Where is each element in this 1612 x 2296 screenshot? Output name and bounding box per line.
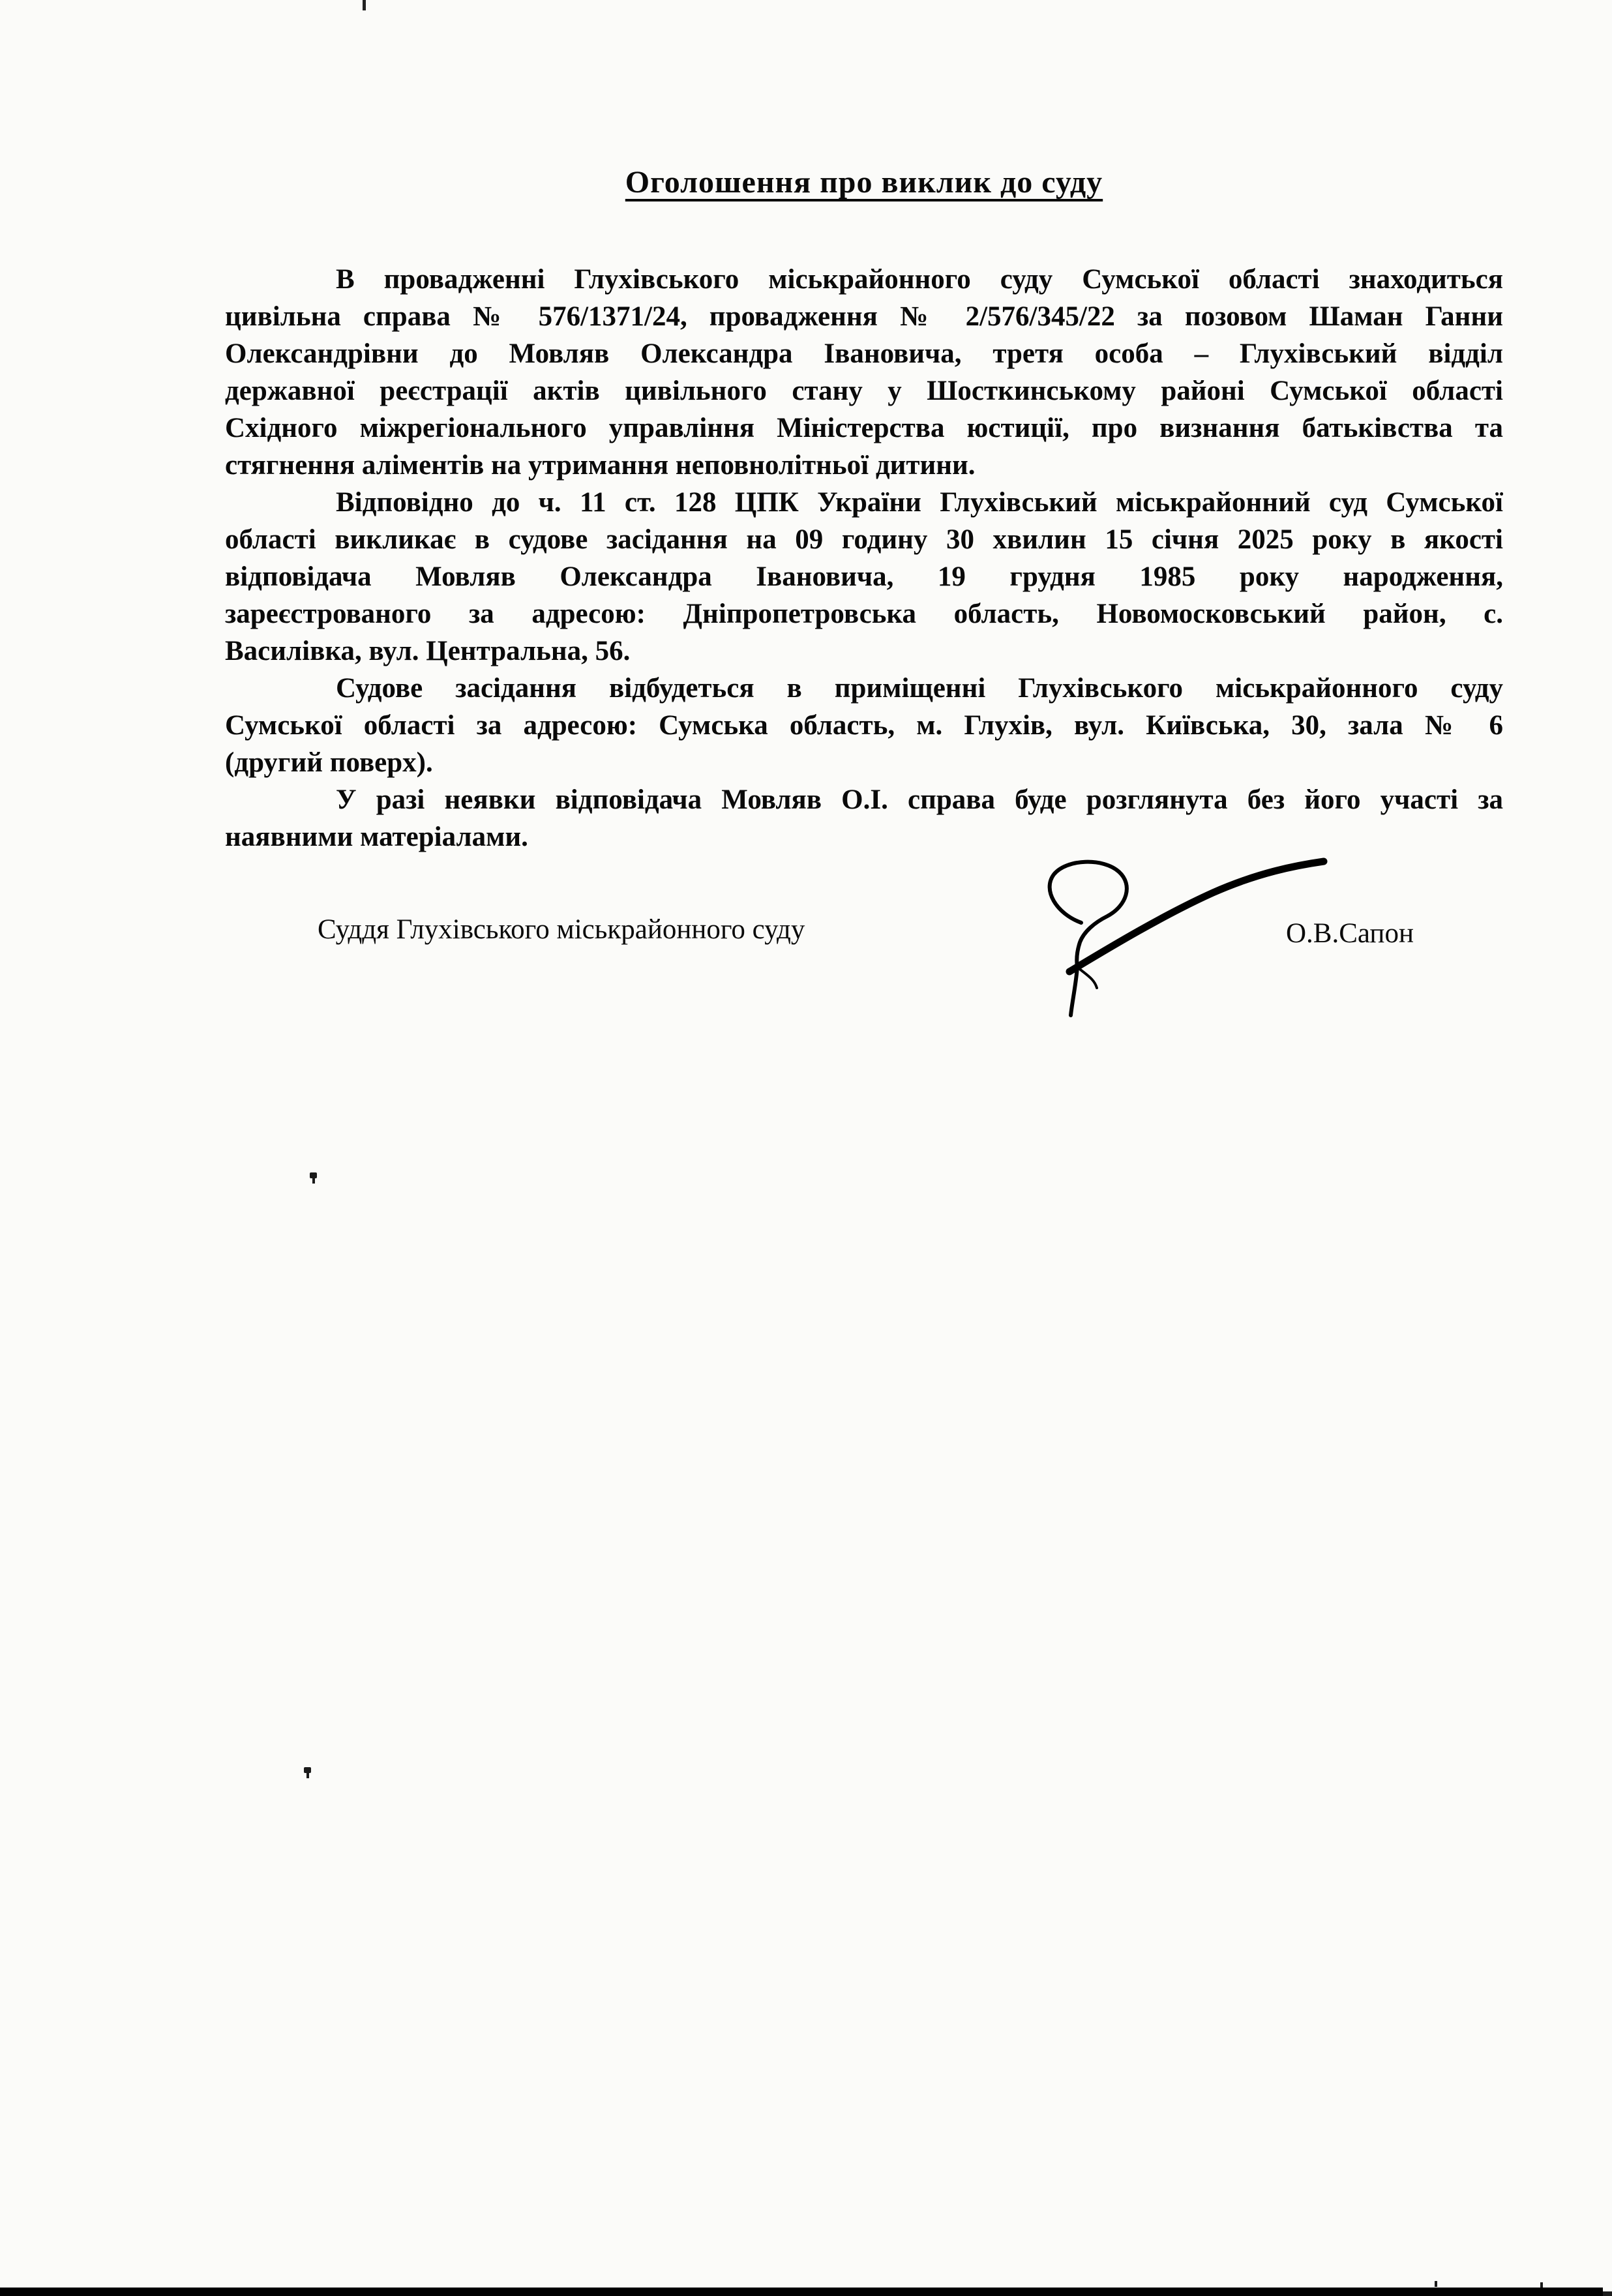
text-line: Олександрівни до Мовляв Олександра Івано… <box>225 335 1503 372</box>
ink-speck <box>1435 2281 1437 2287</box>
paragraph: В провадженні Глухівського міськрайонног… <box>225 261 1503 484</box>
text-line: області викликає в судове засідання на 0… <box>225 521 1503 558</box>
text-line: (другий поверх). <box>225 744 1503 781</box>
text-line: стягнення аліментів на утримання неповно… <box>225 447 1503 484</box>
text-line: цивільна справа № 576/1371/24, проваджен… <box>225 298 1503 335</box>
ink-speck <box>310 1172 317 1178</box>
paragraph: Відповідно до ч. 11 ст. 128 ЦПК України … <box>225 484 1503 670</box>
signature-name: О.В.Сапон <box>1286 917 1414 951</box>
text-line: Судове засідання відбудеться в приміщенн… <box>225 670 1503 707</box>
scanned-court-document-page: Оголошення про виклик до суду В провадже… <box>0 0 1612 2296</box>
scan-artifact-bottom-bar <box>0 2288 1603 2296</box>
paragraph: Судове засідання відбудеться в приміщенн… <box>225 670 1503 781</box>
text-line: зареєстрованого за адресою: Дніпропетров… <box>225 595 1503 633</box>
paragraph: У разі неявки відповідача Мовляв О.І. сп… <box>225 781 1503 856</box>
text-line: Відповідно до ч. 11 ст. 128 ЦПК України … <box>225 484 1503 521</box>
text-line: У разі неявки відповідача Мовляв О.І. сп… <box>225 781 1503 818</box>
text-line: державної реєстрації актів цивільного ст… <box>225 372 1503 410</box>
ink-speck <box>1540 2282 1543 2288</box>
scan-artifact-top-tick <box>363 0 366 10</box>
text-line: наявними матеріалами. <box>225 818 1503 856</box>
text-line: В провадженні Глухівського міськрайонног… <box>225 261 1503 298</box>
ink-speck <box>304 1767 311 1773</box>
document-body: В провадженні Глухівського міськрайонног… <box>225 261 1503 856</box>
document-title: Оголошення про виклик до суду <box>225 164 1503 200</box>
text-line: Східного міжрегіонального управління Мін… <box>225 410 1503 447</box>
text-line: Василівка, вул. Центральна, 56. <box>225 633 1503 670</box>
text-line: відповідача Мовляв Олександра Івановича,… <box>225 558 1503 595</box>
text-line: Сумської області за адресою: Сумська обл… <box>225 707 1503 744</box>
signature-label: Суддя Глухівського міськрайонного суду <box>318 913 805 947</box>
signature-block: Суддя Глухівського міськрайонного суду О… <box>0 0 1612 1</box>
